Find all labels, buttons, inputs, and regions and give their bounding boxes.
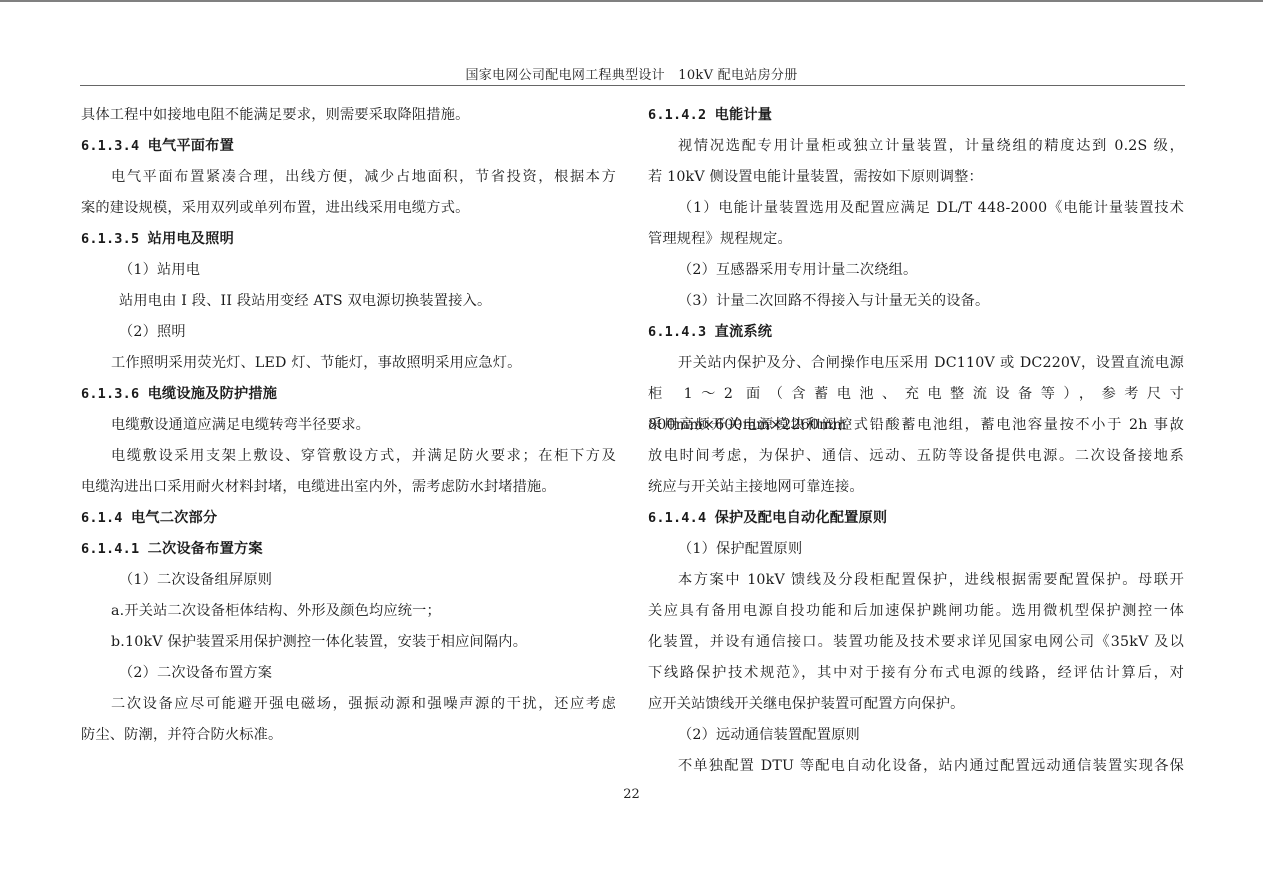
section-heading: 6.1.3.5 站用电及照明 xyxy=(81,224,616,255)
left-column: 具体工程中如接地电阻不能满足要求，则需要采取降阻措施。6.1.3.4 电气平面布… xyxy=(81,100,616,751)
section-title: 电气二次部分 xyxy=(131,510,217,526)
body-text-line: （2）远动通信装置配置原则 xyxy=(648,720,1184,751)
section-number: 6.1.3.5 xyxy=(81,231,139,247)
body-text-line: 放电时间考虑，为保护、通信、远动、五防等设备提供电源。二次设备接地系 xyxy=(648,441,1184,472)
body-text-line: 开关站内保护及分、合闸操作电压采用 DC110V 或 DC220V，设置直流电源 xyxy=(648,348,1184,379)
body-text-line: （1）保护配置原则 xyxy=(648,534,1184,565)
body-text-line: 防尘、防潮，并符合防火标准。 xyxy=(81,720,616,751)
section-number: 6.1.3.4 xyxy=(81,138,139,154)
body-text-line: （1）电能计量装置选用及配置应满足 DL/T 448-2000《电能计量装置技术 xyxy=(648,193,1184,224)
body-text-line: 柜 1～2 面（含蓄电池、充电整流设备等），参考尺寸 800mm×600mm×2… xyxy=(648,379,1184,410)
section-heading: 6.1.3.4 电气平面布置 xyxy=(81,131,616,162)
section-heading: 6.1.4.3 直流系统 xyxy=(648,317,1184,348)
body-text-line: （3）计量二次回路不得接入与计量无关的设备。 xyxy=(648,286,1184,317)
body-text-line: a.开关站二次设备柜体结构、外形及颜色均应统一； xyxy=(81,596,616,627)
body-text-line: （2）互感器采用专用计量二次绕组。 xyxy=(648,255,1184,286)
body-text-line: 采用高频开关电源模块和阀控式铅酸蓄电池组，蓄电池容量按不小于 2h 事故 xyxy=(648,410,1184,441)
page-top-border xyxy=(0,0,1263,2)
body-text-line: （1）二次设备组屏原则 xyxy=(81,565,616,596)
body-text-line: 案的建设规模，采用双列或单列布置，进出线采用电缆方式。 xyxy=(81,193,616,224)
body-text-line: 电缆敷设通道应满足电缆转弯半径要求。 xyxy=(81,410,616,441)
body-text-line: 二次设备应尽可能避开强电磁场，强振动源和强噪声源的干扰，还应考虑 xyxy=(81,689,616,720)
section-number: 6.1.4.4 xyxy=(648,510,706,526)
running-header: 国家电网公司配电网工程典型设计 10kV 配电站房分册 xyxy=(0,64,1263,83)
body-text-line: 若 10kV 侧设置电能计量装置，需按如下原则调整： xyxy=(648,162,1184,193)
body-text-line: 电气平面布置紧凑合理，出线方便，减少占地面积，节省投资，根据本方 xyxy=(81,162,616,193)
body-text-line: 工作照明采用荧光灯、LED 灯、节能灯，事故照明采用应急灯。 xyxy=(81,348,616,379)
body-text-line: （1）站用电 xyxy=(81,255,616,286)
body-text-line: 站用电由 I 段、II 段站用变经 ATS 双电源切换装置接入。 xyxy=(81,286,616,317)
section-number: 6.1.4.2 xyxy=(648,107,706,123)
body-text-line: （2）二次设备布置方案 xyxy=(81,658,616,689)
body-text-line: 下线路保护技术规范》，其中对于接有分布式电源的线路，经评估计算后，对 xyxy=(648,658,1184,689)
section-heading: 6.1.4 电气二次部分 xyxy=(81,503,616,534)
body-text-line: 化装置，并设有通信接口。装置功能及技术要求详见国家电网公司《35kV 及以 xyxy=(648,627,1184,658)
section-number: 6.1.3.6 xyxy=(81,386,139,402)
section-heading: 6.1.4.1 二次设备布置方案 xyxy=(81,534,616,565)
section-title: 站用电及照明 xyxy=(148,231,234,247)
section-title: 电缆设施及防护措施 xyxy=(148,386,278,402)
section-heading: 6.1.4.4 保护及配电自动化配置原则 xyxy=(648,503,1184,534)
body-text-line: 电缆敷设采用支架上敷设、穿管敷设方式，并满足防火要求；在柜下方及 xyxy=(81,441,616,472)
body-text-line: 电缆沟进出口采用耐火材料封堵，电缆进出室内外，需考虑防水封堵措施。 xyxy=(81,472,616,503)
header-rule xyxy=(80,85,1185,86)
body-text-line: 本方案中 10kV 馈线及分段柜配置保护，进线根据需要配置保护。母联开 xyxy=(648,565,1184,596)
section-title: 保护及配电自动化配置原则 xyxy=(715,510,888,526)
body-text-line: 管理规程》规程规定。 xyxy=(648,224,1184,255)
section-heading: 6.1.4.2 电能计量 xyxy=(648,100,1184,131)
section-heading: 6.1.3.6 电缆设施及防护措施 xyxy=(81,379,616,410)
section-number: 6.1.4.3 xyxy=(648,324,706,340)
body-text-line: （2）照明 xyxy=(81,317,616,348)
section-number: 6.1.4 xyxy=(81,510,123,526)
body-text-line: 视情况选配专用计量柜或独立计量装置，计量绕组的精度达到 0.2S 级， xyxy=(648,131,1184,162)
section-title: 二次设备布置方案 xyxy=(148,541,263,557)
section-title: 电气平面布置 xyxy=(148,138,234,154)
page-number: 22 xyxy=(0,787,1263,802)
right-column: 6.1.4.2 电能计量视情况选配专用计量柜或独立计量装置，计量绕组的精度达到 … xyxy=(648,100,1184,782)
section-title: 电能计量 xyxy=(715,107,773,123)
body-text-line: 不单独配置 DTU 等配电自动化设备，站内通过配置远动通信装置实现各保 xyxy=(648,751,1184,782)
body-text-line: b.10kV 保护装置采用保护测控一体化装置，安装于相应间隔内。 xyxy=(81,627,616,658)
section-number: 6.1.4.1 xyxy=(81,541,139,557)
body-text-line: 关应具有备用电源自投功能和后加速保护跳闸功能。选用微机型保护测控一体 xyxy=(648,596,1184,627)
body-text-line: 具体工程中如接地电阻不能满足要求，则需要采取降阻措施。 xyxy=(81,100,616,131)
body-text-line: 应开关站馈线开关继电保护装置可配置方向保护。 xyxy=(648,689,1184,720)
body-text-line: 统应与开关站主接地网可靠连接。 xyxy=(648,472,1184,503)
section-title: 直流系统 xyxy=(715,324,773,340)
